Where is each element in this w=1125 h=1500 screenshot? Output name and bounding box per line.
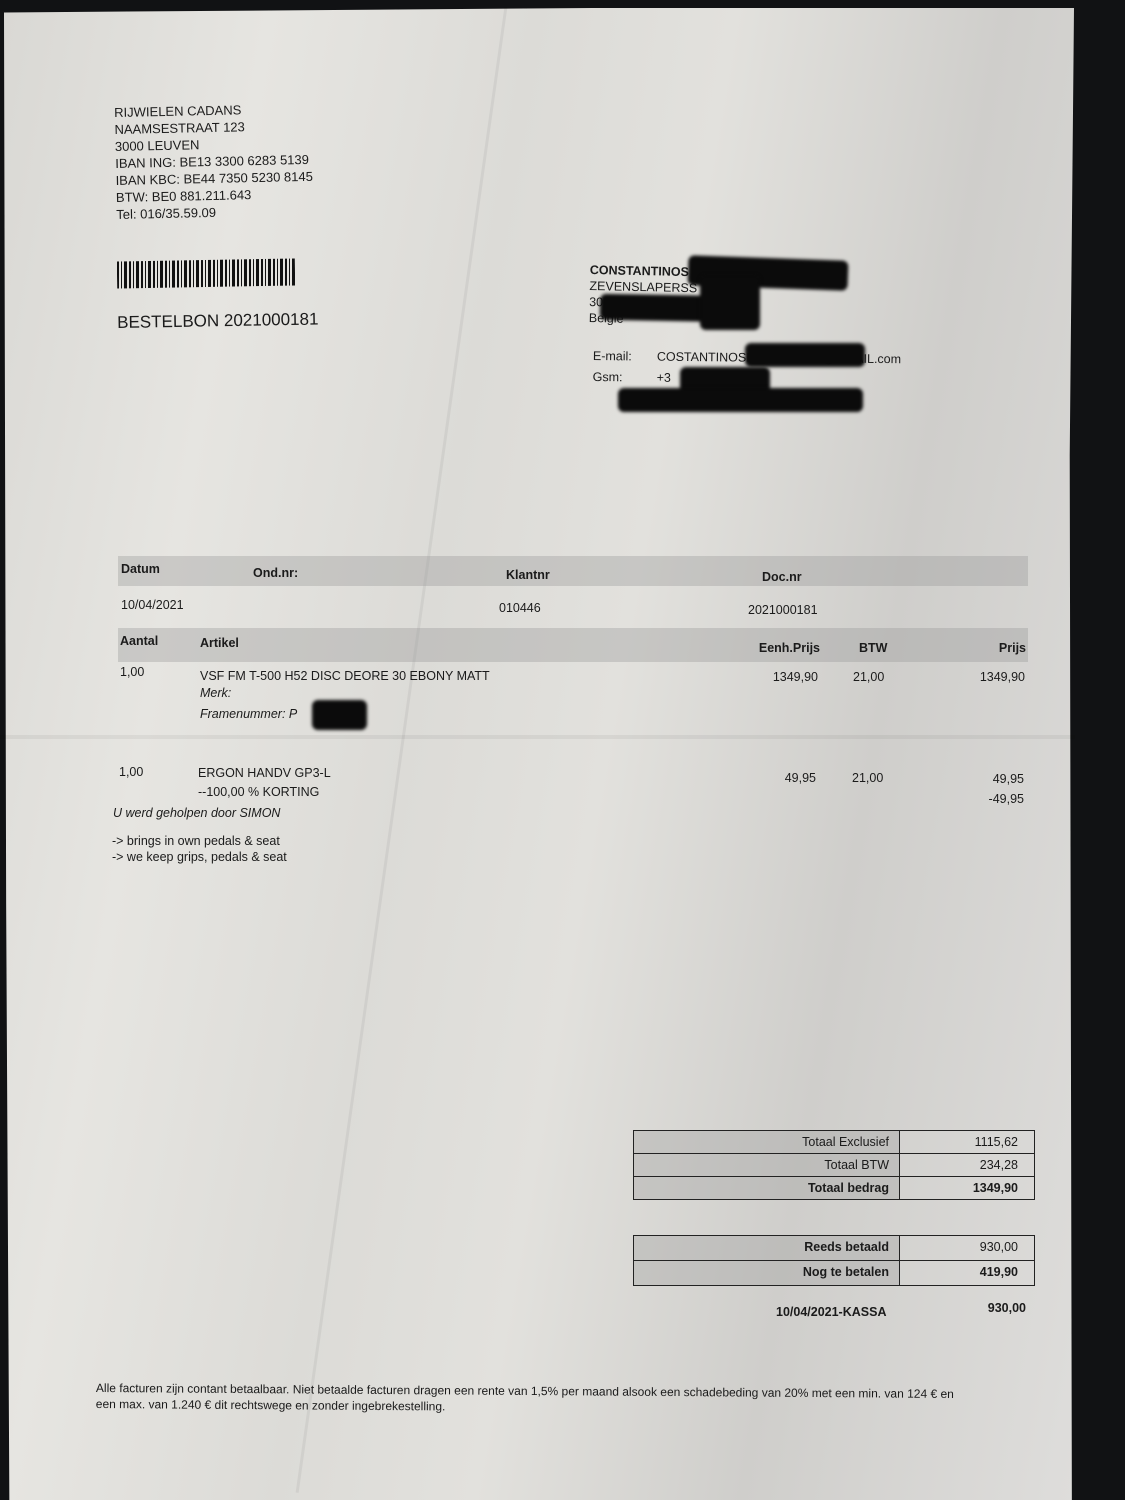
sender-address: RIJWIELEN CADANS NAAMSESTRAAT 123 3000 L… [114, 100, 314, 223]
items-header-band [118, 628, 1028, 662]
total-btw-value: 234,28 [900, 1154, 1034, 1176]
total-amount-label: Totaal bedrag [634, 1177, 900, 1199]
item2-prijs: 49,95 [960, 772, 1024, 786]
item1-eenh-prijs: 1349,90 [720, 670, 818, 684]
total-btw-row: Totaal BTW 234,28 [634, 1154, 1034, 1177]
document-title: BESTELBON 2021000181 [117, 309, 319, 333]
due-value: 419,90 [900, 1261, 1034, 1285]
item2-eenh-prijs: 49,95 [760, 771, 816, 785]
docnr-value: 2021000181 [748, 603, 818, 617]
redaction-mark [745, 343, 865, 367]
item2-btw: 21,00 [852, 771, 883, 785]
col-btw: BTW [859, 641, 887, 655]
item1-framenummer: Framenummer: P [200, 707, 297, 721]
item1-prijs: 1349,90 [925, 670, 1025, 684]
item2-discount: --100,00 % KORTING [198, 785, 319, 799]
col-eenh-prijs: Eenh.Prijs [720, 641, 820, 655]
col-aantal: Aantal [120, 634, 158, 648]
total-amount-value: 1349,90 [900, 1177, 1034, 1199]
klantnr-value: 010446 [499, 601, 541, 615]
paid-row: Reeds betaald 930,00 [634, 1236, 1034, 1261]
payment-terms: Alle facturen zijn contant betaalbaar. N… [96, 1380, 1046, 1419]
total-btw-label: Totaal BTW [634, 1154, 900, 1176]
totals-table: Totaal Exclusief 1115,62 Totaal BTW 234,… [633, 1130, 1035, 1200]
total-excl-label: Totaal Exclusief [634, 1131, 900, 1153]
total-amount-row: Totaal bedrag 1349,90 [634, 1177, 1034, 1199]
barcode [117, 258, 295, 288]
col-docnr: Doc.nr [762, 570, 802, 584]
col-prijs: Prijs [930, 641, 1026, 655]
helped-by: U werd geholpen door SIMON [113, 806, 280, 820]
col-ondnr: Ond.nr: [253, 566, 298, 580]
item2-aantal: 1,00 [119, 765, 143, 779]
total-excl-value: 1115,62 [900, 1131, 1034, 1153]
item1-btw: 21,00 [853, 670, 884, 684]
gsm-value: +3 [657, 371, 671, 385]
item2-discount-prijs: -49,95 [960, 792, 1024, 806]
item1-aantal: 1,00 [120, 665, 144, 679]
col-klantnr: Klantnr [506, 568, 550, 582]
redaction-mark [618, 388, 863, 412]
item1-merk: Merk: [200, 686, 231, 700]
item2-artikel: ERGON HANDV GP3-L [198, 766, 331, 780]
email-label: E-mail: [593, 346, 657, 368]
due-row: Nog te betalen 419,90 [634, 1261, 1034, 1285]
paper-fold [0, 735, 1075, 739]
paid-value: 930,00 [900, 1236, 1034, 1260]
due-label: Nog te betalen [634, 1261, 900, 1285]
redaction-mark [700, 275, 760, 330]
redaction-mark [312, 700, 367, 730]
note-2: -> we keep grips, pedals & seat [112, 850, 287, 864]
gsm-label: Gsm: [593, 367, 657, 389]
total-excl-row: Totaal Exclusief 1115,62 [634, 1131, 1034, 1154]
note-1: -> brings in own pedals & seat [112, 834, 280, 848]
kassa-value: 930,00 [940, 1301, 1026, 1315]
kassa-label: 10/04/2021-KASSA [776, 1305, 886, 1319]
col-artikel: Artikel [200, 636, 239, 650]
datum-value: 10/04/2021 [121, 598, 184, 612]
payment-table: Reeds betaald 930,00 Nog te betalen 419,… [633, 1235, 1035, 1286]
col-datum: Datum [121, 562, 160, 576]
item1-artikel: VSF FM T-500 H52 DISC DEORE 30 EBONY MAT… [200, 669, 490, 683]
paid-label: Reeds betaald [634, 1236, 900, 1260]
